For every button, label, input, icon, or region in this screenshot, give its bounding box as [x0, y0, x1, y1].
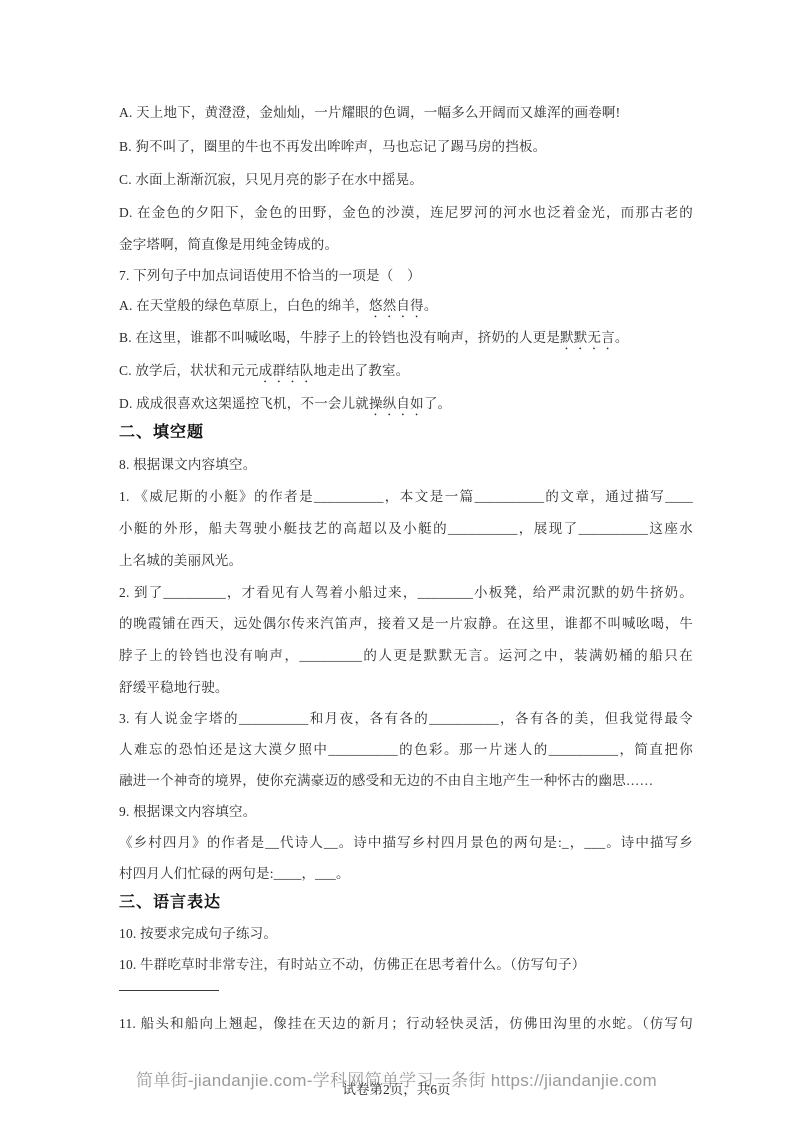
- text-segment: 地走出了教室。: [313, 363, 409, 378]
- text-line: 舒缓平稳地行驶。: [119, 678, 693, 697]
- text-line: 小艇的外形，船夫驾驶小艇技艺的高超以及小艇的__________，展现了____…: [119, 519, 693, 538]
- text-segment: 人难忘的恐怕还是这大漠夕照中__________的色彩。那一片迷人的______…: [119, 742, 693, 757]
- text-line: 9. 根据课文内容填空。: [119, 802, 693, 821]
- text-segment: 10. 牛群吃草时非常专注，有时站立不动，仿佛正在思考着什么。（仿写句子）: [119, 957, 585, 972]
- text-segment: 10. 按要求完成句子练习。: [119, 926, 277, 941]
- text-line: D. 成成很喜欢这架遥控飞机，不一会儿就操纵自如了。: [119, 394, 693, 419]
- emphasized-text: 操纵自如: [369, 396, 424, 411]
- text-segment: 上名城的美丽风光。: [119, 553, 242, 568]
- text-segment: 小艇的外形，船夫驾驶小艇技艺的高超以及小艇的__________，展现了____…: [119, 521, 693, 536]
- text-line: 人难忘的恐怕还是这大漠夕照中__________的色彩。那一片迷人的______…: [119, 740, 693, 759]
- text-segment: C. 放学后，状状和元元: [119, 363, 259, 378]
- text-line: 3. 有人说金字塔的__________和月夜，各有各的__________，各…: [119, 709, 693, 728]
- text-line: 1. 《威尼斯的小艇》的作者是__________，本文是一篇_________…: [119, 487, 693, 506]
- text-segment: 融进一个神奇的境界，使你充满豪迈的感受和无边的不由自主地产生一种怀古的幽思……: [119, 773, 653, 788]
- document-body: A. 天上地下，黄澄澄，金灿灿，一片耀眼的色调，一幅多么开阔而又雄浑的画卷啊!B…: [0, 0, 793, 1122]
- text-line: 10. 牛群吃草时非常专注，有时站立不动，仿佛正在思考着什么。（仿写句子）: [119, 955, 693, 974]
- text-line: 11. 船头和船向上翘起，像挂在天边的新月；行动轻快灵活，仿佛田沟里的水蛇。（仿…: [119, 1014, 693, 1033]
- text-segment: 。: [424, 298, 438, 313]
- text-line: 金字塔啊，简直像是用纯金铸成的。: [119, 235, 693, 254]
- text-segment: 二、填空题: [119, 424, 204, 441]
- text-line: 村四月人们忙碌的两句是:____，___。: [119, 864, 693, 883]
- text-segment: 3. 有人说金字塔的__________和月夜，各有各的__________，各…: [119, 711, 693, 726]
- text-segment: A. 天上地下，黄澄澄，金灿灿，一片耀眼的色调，一幅多么开阔而又雄浑的画卷啊!: [119, 105, 620, 120]
- section-heading: 三、语言表达: [119, 893, 693, 912]
- text-line: B. 狗不叫了，圈里的牛也不再发出哞哞声，马也忘记了踢马房的挡板。: [119, 137, 693, 156]
- text-segment: B. 狗不叫了，圈里的牛也不再发出哞哞声，马也忘记了踢马房的挡板。: [119, 139, 546, 154]
- text-segment: 11. 船头和船向上翘起，像挂在天边的新月；行动轻快灵活，仿佛田沟里的水蛇。（仿…: [119, 1016, 693, 1031]
- text-line: C. 放学后，状状和元元成群结队地走出了教室。: [119, 361, 693, 386]
- text-segment: 2. 到了_________，才看见有人驾着小船过来，________小板凳，给…: [119, 585, 693, 600]
- text-line: B. 在这里，谁都不叫喊吆喝，牛脖子上的铃铛也没有响声，挤奶的人更是默默无言。: [119, 328, 693, 353]
- text-line: 融进一个神奇的境界，使你充满豪迈的感受和无边的不由自主地产生一种怀古的幽思……: [119, 771, 693, 790]
- text-segment: 《乡村四月》的作者是__代诗人__。诗中描写乡村四月景色的两句是:_，___。诗…: [119, 835, 693, 850]
- text-line: D. 在金色的夕阳下，金色的田野，金色的沙漠，连尼罗河的河水也泛着金光，而那古老…: [119, 203, 693, 222]
- text-segment: 的晚霞铺在西天，远处偶尔传来汽笛声，接着又是一片寂静。在这里，谁都不叫喊吆喝，牛: [119, 616, 693, 631]
- text-segment: C. 水面上渐渐沉寂，只见月亮的影子在水中摇晃。: [119, 172, 423, 187]
- section-heading: 二、填空题: [119, 423, 693, 442]
- text-segment: D. 在金色的夕阳下，金色的田野，金色的沙漠，连尼罗河的河水也泛着金光，而那古老…: [119, 205, 693, 220]
- text-segment: 村四月人们忙碌的两句是:____，___。: [119, 866, 350, 881]
- text-line: 2. 到了_________，才看见有人驾着小船过来，________小板凳，给…: [119, 583, 693, 602]
- text-segment: 。: [615, 330, 629, 345]
- text-line: C. 水面上渐渐沉寂，只见月亮的影子在水中摇晃。: [119, 170, 693, 189]
- text-line: 《乡村四月》的作者是__代诗人__。诗中描写乡村四月景色的两句是:_，___。诗…: [119, 833, 693, 852]
- text-segment: 舒缓平稳地行驶。: [119, 680, 229, 695]
- emphasized-text: 默默无言: [560, 330, 615, 345]
- emphasized-text: 成群结队: [259, 363, 314, 378]
- text-line: 上名城的美丽风光。: [119, 551, 693, 570]
- text-segment: 了。: [424, 396, 451, 411]
- emphasized-text: 悠然自得: [369, 298, 424, 313]
- text-line: A. 天上地下，黄澄澄，金灿灿，一片耀眼的色调，一幅多么开阔而又雄浑的画卷啊!: [119, 103, 693, 122]
- text-line: A. 在天堂般的绿色草原上，白色的绵羊，悠然自得。: [119, 296, 693, 321]
- answer-blank-rule: [119, 990, 219, 991]
- text-segment: B. 在这里，谁都不叫喊吆喝，牛脖子上的铃铛也没有响声，挤奶的人更是: [119, 330, 560, 345]
- text-line: 脖子上的铃铛也没有响声，_________的人更是默默无言。运河之中，装满奶桶的…: [119, 646, 693, 665]
- text-line: 7. 下列句子中加点词语使用不恰当的一项是（ ）: [119, 266, 693, 285]
- text-line: 的晚霞铺在西天，远处偶尔传来汽笛声，接着又是一片寂静。在这里，谁都不叫喊吆喝，牛: [119, 614, 693, 633]
- text-line: 8. 根据课文内容填空。: [119, 455, 693, 474]
- text-segment: D. 成成很喜欢这架遥控飞机，不一会儿就: [119, 396, 369, 411]
- text-segment: 8. 根据课文内容填空。: [119, 457, 256, 472]
- page-number: 试卷第2页，共6页: [0, 1078, 793, 1098]
- text-segment: 9. 根据课文内容填空。: [119, 804, 256, 819]
- text-line: 10. 按要求完成句子练习。: [119, 924, 693, 943]
- text-segment: 金字塔啊，简直像是用纯金铸成的。: [119, 237, 338, 252]
- text-segment: 7. 下列句子中加点词语使用不恰当的一项是（ ）: [119, 268, 421, 283]
- text-segment: 1. 《威尼斯的小艇》的作者是__________，本文是一篇_________…: [119, 489, 693, 504]
- text-segment: A. 在天堂般的绿色草原上，白色的绵羊，: [119, 298, 369, 313]
- text-segment: 脖子上的铃铛也没有响声，_________的人更是默默无言。运河之中，装满奶桶的…: [119, 648, 693, 663]
- document-page: A. 天上地下，黄澄澄，金灿灿，一片耀眼的色调，一幅多么开阔而又雄浑的画卷啊!B…: [0, 0, 793, 1122]
- text-segment: 三、语言表达: [119, 894, 221, 911]
